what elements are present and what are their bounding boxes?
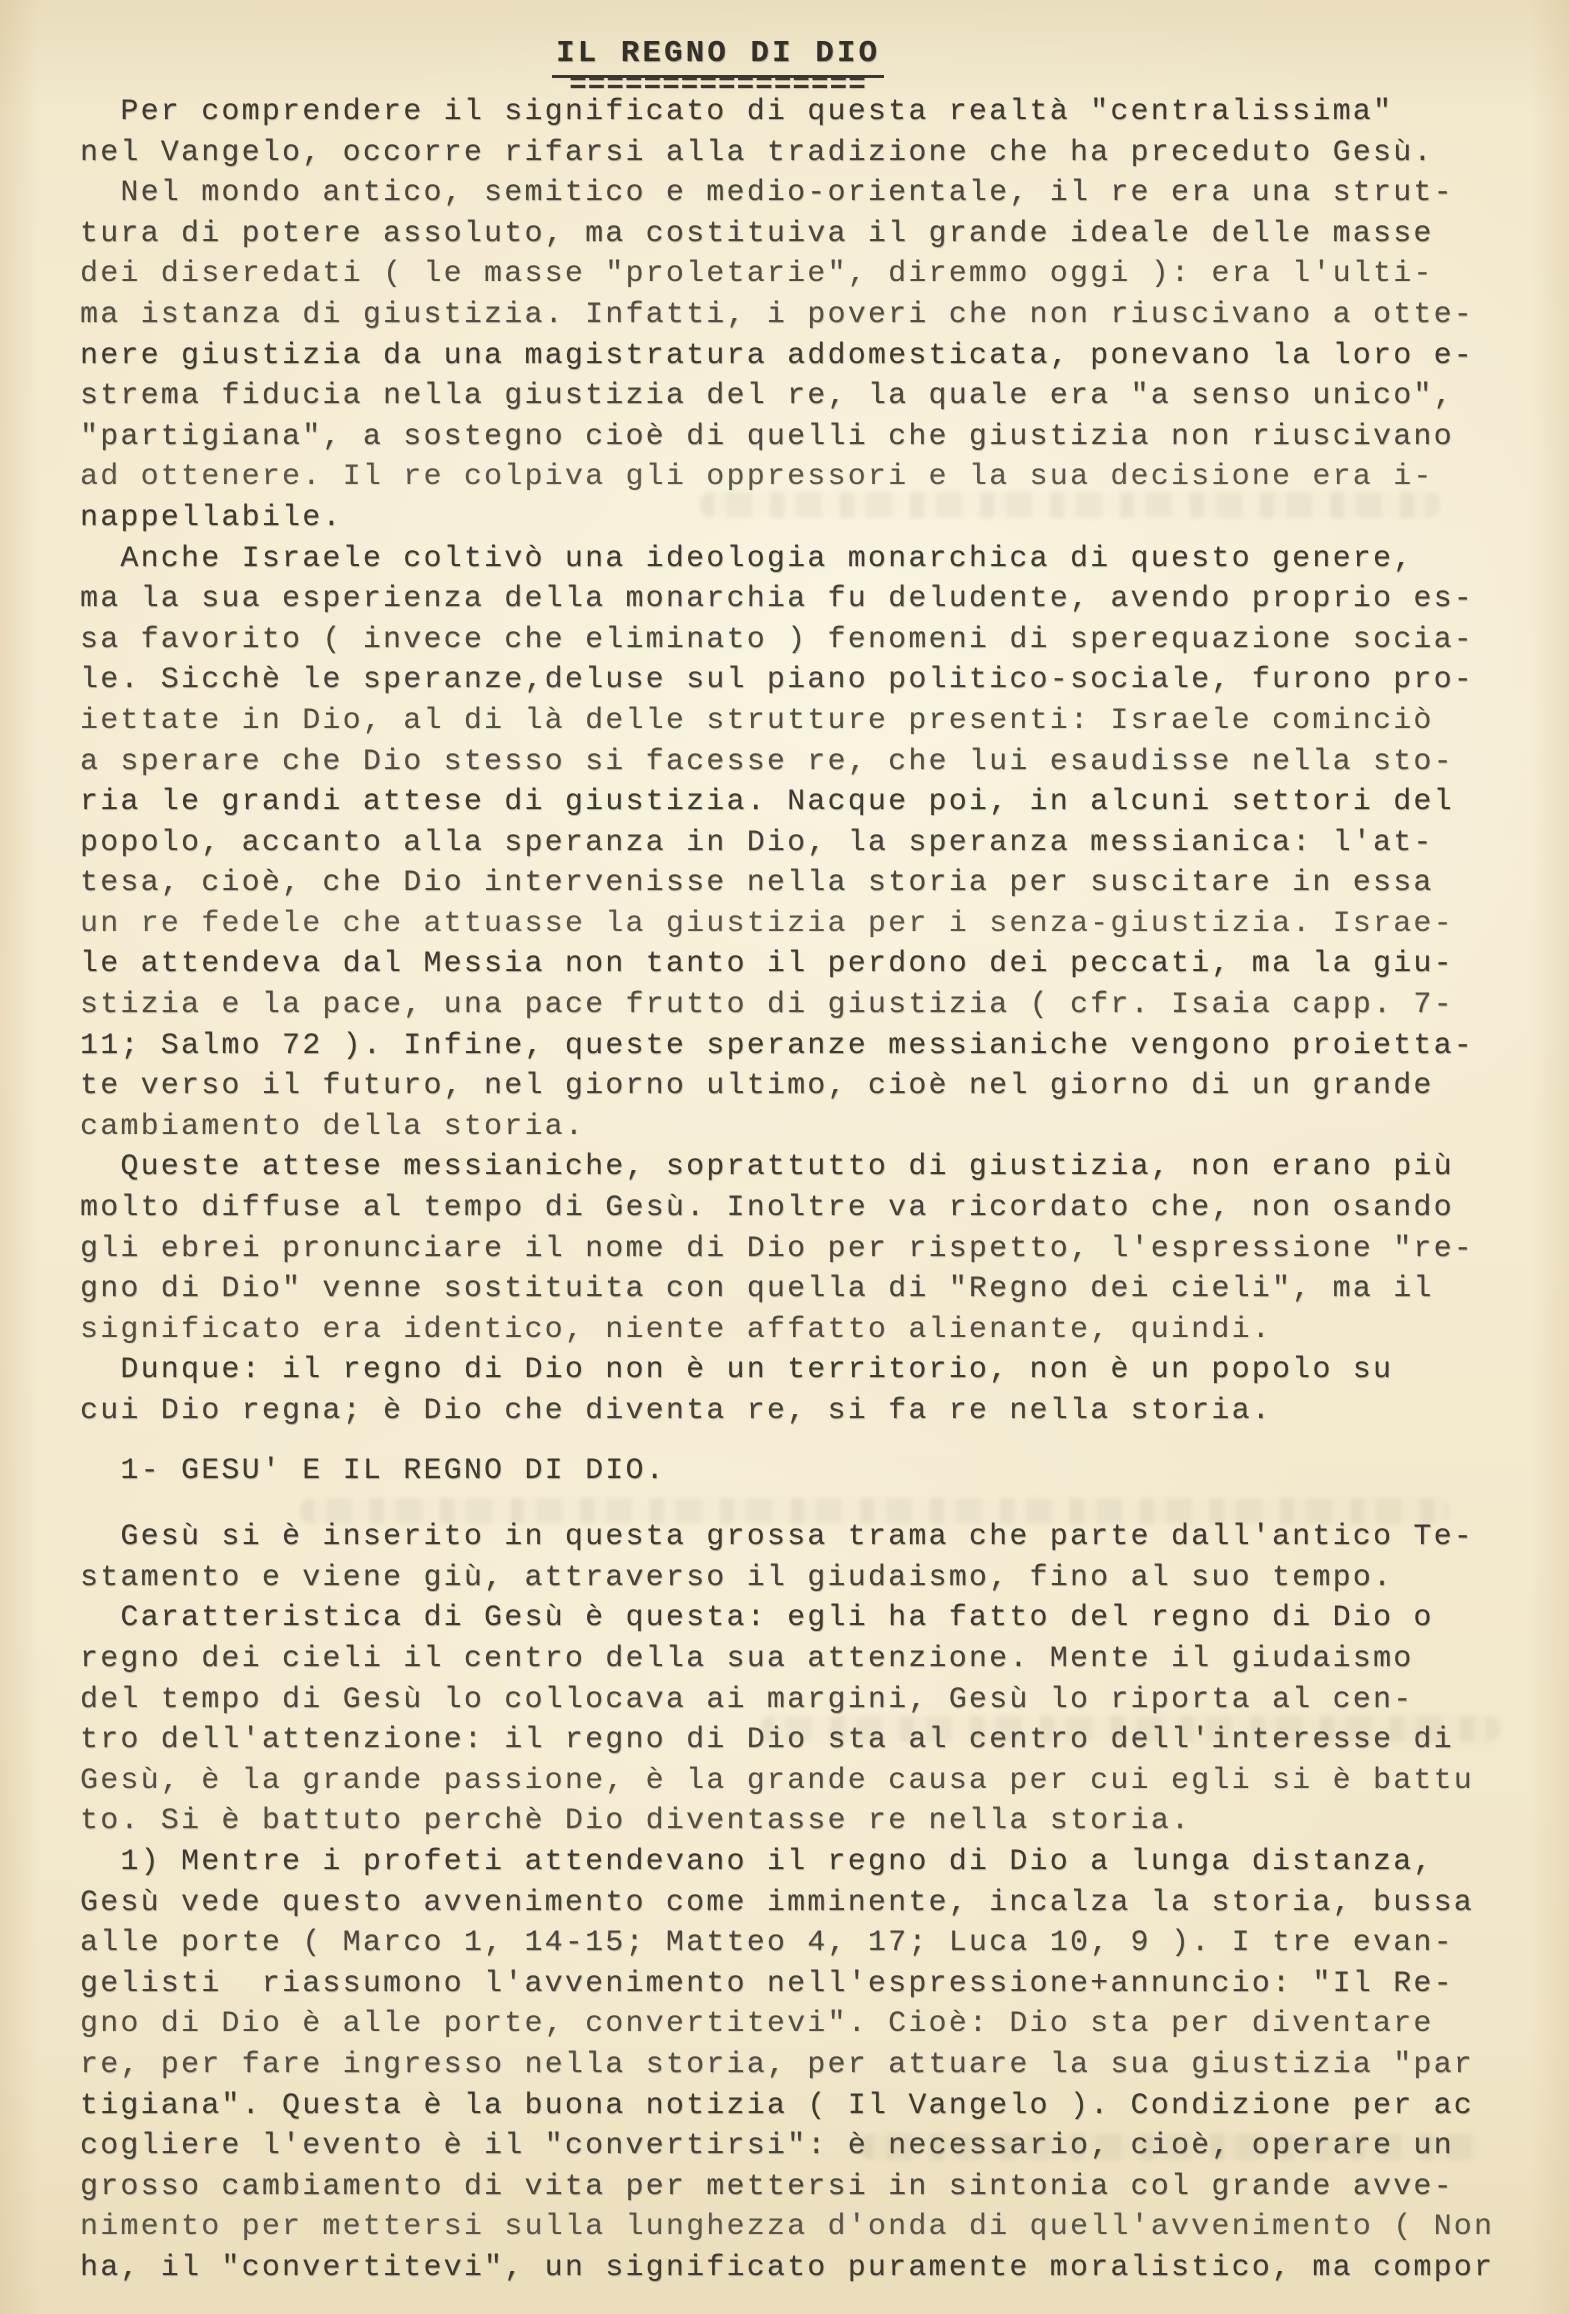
text-line: Gesù vede questo avvenimento come immine… — [80, 1883, 1540, 1924]
paragraph: 1) Mentre i profeti attendevano il regno… — [80, 1842, 1540, 2289]
text-line: tura di potere assoluto, ma costituiva i… — [80, 214, 1540, 255]
text-line: ria le grandi attese di giustizia. Nacqu… — [80, 782, 1540, 823]
text-line: re, per fare ingresso nella storia, per … — [80, 2045, 1540, 2086]
text-line: gno di Dio è alle porte, convertitevi". … — [80, 2004, 1540, 2045]
text-line: ad ottenere. Il re colpiva gli oppressor… — [80, 457, 1540, 498]
text-line: ha, il "convertitevi", un significato pu… — [80, 2248, 1540, 2289]
text-line: cogliere l'evento è il "convertirsi": è … — [80, 2126, 1540, 2167]
text-line: Nel mondo antico, semitico e medio-orien… — [80, 173, 1540, 214]
paragraph: Gesù si è inserito in questa grossa tram… — [80, 1517, 1540, 1598]
text-line: strema fiducia nella giustizia del re, l… — [80, 376, 1540, 417]
text-line: 11; Salmo 72 ). Infine, queste speranze … — [80, 1026, 1540, 1067]
text-line: gno di Dio" venne sostituita con quella … — [80, 1269, 1540, 1310]
paragraph: Dunque: il regno di Dio non è un territo… — [80, 1350, 1540, 1431]
text-line: nimento per mettersi sulla lunghezza d'o… — [80, 2207, 1540, 2248]
text-line: te verso il futuro, nel giorno ultimo, c… — [80, 1066, 1540, 1107]
text-line: popolo, accanto alla speranza in Dio, la… — [80, 823, 1540, 864]
text-line: iettate in Dio, al di là delle strutture… — [80, 701, 1540, 742]
text-line: del tempo di Gesù lo collocava ai margin… — [80, 1680, 1540, 1721]
text-line: tro dell'attenzione: il regno di Dio sta… — [80, 1720, 1540, 1761]
text-line: le. Sicchè le speranze,deluse sul piano … — [80, 660, 1540, 701]
text-line: tigiana". Questa è la buona notizia ( Il… — [80, 2086, 1540, 2127]
paragraph: Caratteristica di Gesù è questa: egli ha… — [80, 1598, 1540, 1842]
section-heading: 1- GESU' E IL REGNO DI DIO. — [80, 1451, 1540, 1492]
text-line: 1) Mentre i profeti attendevano il regno… — [80, 1842, 1540, 1883]
document-title-block: IL REGNO DI DIO ================ — [552, 34, 884, 95]
text-line: grosso cambiamento di vita per mettersi … — [80, 2167, 1540, 2208]
text-line: Dunque: il regno di Dio non è un territo… — [80, 1350, 1540, 1391]
paragraph: Anche Israele coltivò una ideologia mona… — [80, 539, 1540, 1148]
text-line: Anche Israele coltivò una ideologia mona… — [80, 539, 1540, 580]
paragraph: Per comprendere il significato di questa… — [80, 92, 1540, 539]
text-line: nere giustizia da una magistratura addom… — [80, 336, 1540, 377]
text-line: molto diffuse al tempo di Gesù. Inoltre … — [80, 1188, 1540, 1229]
document-body: Per comprendere il significato di questa… — [80, 92, 1540, 2288]
text-line: Queste attese messianiche, soprattutto d… — [80, 1147, 1540, 1188]
text-line: to. Si è battuto perchè Dio diventasse r… — [80, 1801, 1540, 1842]
text-line: significato era identico, niente affatto… — [80, 1310, 1540, 1351]
text-line: stizia e la pace, una pace frutto di giu… — [80, 985, 1540, 1026]
text-line: sa favorito ( invece che eliminato ) fen… — [80, 620, 1540, 661]
text-line: a sperare che Dio stesso si facesse re, … — [80, 742, 1540, 783]
text-line: nel Vangelo, occorre rifarsi alla tradiz… — [80, 133, 1540, 174]
text-line: Gesù, è la grande passione, è la grande … — [80, 1761, 1540, 1802]
text-line: 1- GESU' E IL REGNO DI DIO. — [80, 1451, 1540, 1492]
text-line: tesa, cioè, che Dio intervenisse nella s… — [80, 863, 1540, 904]
text-line: ma la sua esperienza della monarchia fu … — [80, 579, 1540, 620]
text-line: stamento e viene giù, attraverso il giud… — [80, 1558, 1540, 1599]
text-line: cambiamento della storia. — [80, 1107, 1540, 1148]
text-line: alle porte ( Marco 1, 14-15; Matteo 4, 1… — [80, 1923, 1540, 1964]
text-line: nappellabile. — [80, 498, 1540, 539]
text-line: ma istanza di giustizia. Infatti, i pove… — [80, 295, 1540, 336]
text-line: Caratteristica di Gesù è questa: egli ha… — [80, 1598, 1540, 1639]
paragraph: Queste attese messianiche, soprattutto d… — [80, 1147, 1540, 1350]
text-line: gelisti riassumono l'avvenimento nell'es… — [80, 1964, 1540, 2005]
text-line: un re fedele che attuasse la giustizia p… — [80, 904, 1540, 945]
text-line: cui Dio regna; è Dio che diventa re, si … — [80, 1391, 1540, 1432]
text-line: Gesù si è inserito in questa grossa tram… — [80, 1517, 1540, 1558]
text-line: gli ebrei pronunciare il nome di Dio per… — [80, 1229, 1540, 1270]
text-line: dei diseredati ( le masse "proletarie", … — [80, 254, 1540, 295]
text-line: "partigiana", a sostegno cioè di quelli … — [80, 417, 1540, 458]
document-page: IL REGNO DI DIO ================ Per com… — [0, 0, 1569, 2314]
text-line: regno dei cieli il centro della sua atte… — [80, 1639, 1540, 1680]
text-line: le attendeva dal Messia non tanto il per… — [80, 944, 1540, 985]
text-line: Per comprendere il significato di questa… — [80, 92, 1540, 133]
